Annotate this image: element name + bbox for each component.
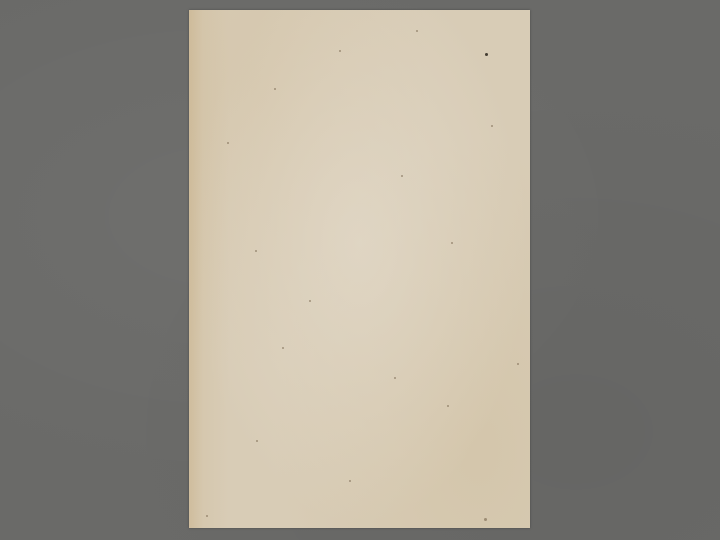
paper-speck — [206, 515, 208, 517]
paper-speck — [349, 480, 351, 482]
paper-speck — [282, 347, 284, 349]
paper-speck — [447, 405, 449, 407]
paper-speck — [517, 363, 519, 365]
paper-speck — [255, 250, 257, 252]
paper-speck — [401, 175, 403, 177]
paper-speck — [256, 440, 258, 442]
paper-speck — [451, 242, 453, 244]
paper-speck — [227, 142, 229, 144]
paper-speck — [416, 30, 418, 32]
paper-speck — [309, 300, 311, 302]
paper-speck — [274, 88, 276, 90]
ink-speck — [485, 53, 488, 56]
paper-speck — [339, 50, 341, 52]
paper-speck — [484, 518, 487, 521]
blank-paper-sheet — [189, 10, 530, 528]
paper-speck — [491, 125, 493, 127]
photo-background — [0, 0, 720, 540]
paper-speck — [394, 377, 396, 379]
